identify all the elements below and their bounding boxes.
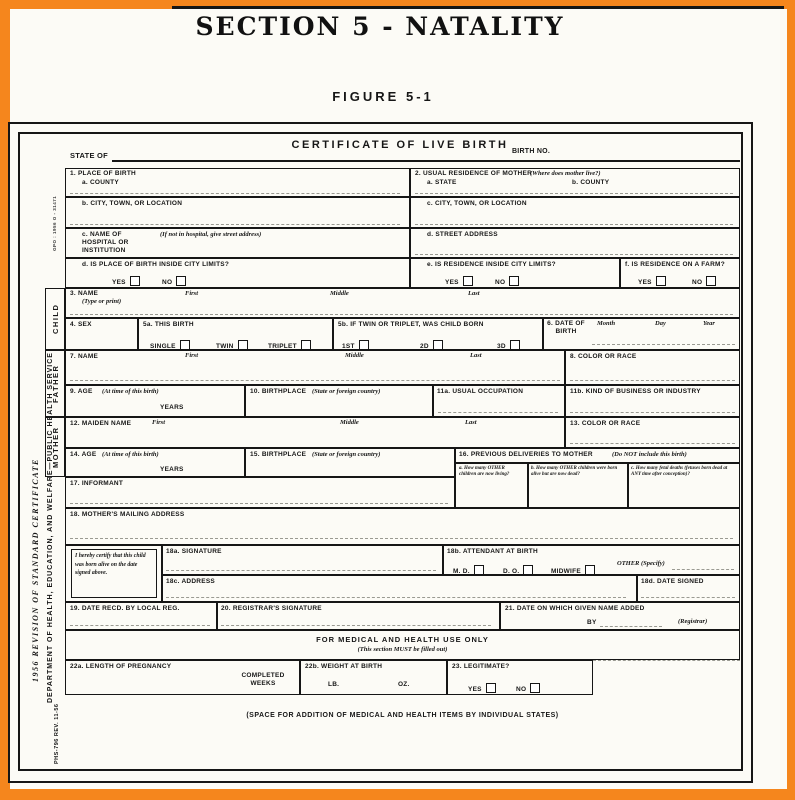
yes-label: YES xyxy=(445,279,459,286)
previous-deliveries-divider xyxy=(527,462,529,508)
yes-label: YES xyxy=(468,686,482,693)
field-8-label: 8. COLOR OR RACE xyxy=(570,353,636,361)
birth-city-no: NO xyxy=(162,271,186,289)
field-10-note: (State or foreign country) xyxy=(312,388,380,396)
md-checkbox xyxy=(474,565,484,575)
field-1c-note: (If not in hospital, give street address… xyxy=(160,231,261,239)
other-fill-line xyxy=(672,569,734,570)
first-column-head: First xyxy=(185,352,198,360)
first-born-checkbox xyxy=(359,340,369,350)
field-18c-label: 18c. ADDRESS xyxy=(166,578,215,586)
field-17-label: 17. INFORMANT xyxy=(70,480,123,488)
field-2d-label: d. STREET ADDRESS xyxy=(427,231,498,239)
field-15-label: 15. BIRTHPLACE xyxy=(250,451,306,459)
field-9-label: 9. AGE xyxy=(70,388,93,396)
legitimate-no-checkbox xyxy=(530,683,540,693)
fill-line xyxy=(438,412,558,413)
field-9-note: (At time of this birth) xyxy=(102,388,159,396)
field-2a-label: a. STATE xyxy=(427,179,457,187)
field-1a-label: a. COUNTY xyxy=(82,179,119,187)
triplet-label: TRIPLET xyxy=(268,343,297,350)
second-born-label: 2D xyxy=(420,343,429,350)
fill-line xyxy=(70,538,733,539)
field-21-label: 21. DATE ON WHICH GIVEN NAME ADDED xyxy=(505,605,645,613)
legitimate-no: NO xyxy=(516,678,540,696)
field-1-label: 1. PLACE OF BIRTH xyxy=(70,170,136,178)
last-column-head: Last xyxy=(465,419,477,427)
field-14-label: 14. AGE xyxy=(70,451,96,459)
birth-no-label: BIRTH NO. xyxy=(512,148,550,157)
state-of-label: STATE OF xyxy=(70,151,108,160)
field-1c-label: c. NAME OF HOSPITAL OR INSTITUTION xyxy=(82,231,142,255)
twin-label: TWIN xyxy=(216,343,234,350)
residence-city-no: NO xyxy=(495,271,519,289)
residence-city-yes: YES xyxy=(445,271,473,289)
gpo-margin-note: GPO : 1956 O - 31471 xyxy=(52,190,57,256)
field-3-label: 3. NAME xyxy=(70,290,98,298)
field-4-label: 4. SEX xyxy=(70,321,92,329)
do-checkbox xyxy=(523,565,533,575)
last-column-head: Last xyxy=(470,352,482,360)
do-label: D. O. xyxy=(503,568,519,575)
field-19-label: 19. DATE RECD. BY LOCAL REG. xyxy=(70,605,180,613)
field-2-label: 2. USUAL RESIDENCE OF MOTHER xyxy=(415,170,532,178)
field-6-label: 6. DATE OF BIRTH xyxy=(547,320,585,336)
field-16-note: (Do NOT include this birth) xyxy=(612,451,687,459)
state-of-rule xyxy=(112,160,740,162)
single-checkbox xyxy=(180,340,190,350)
field-16c-label: c. How many fetal deaths (fetuses born d… xyxy=(631,466,735,478)
third-born-checkbox xyxy=(510,340,520,350)
farm-yes-checkbox xyxy=(656,276,666,286)
birth-city-yes-checkbox xyxy=(130,276,140,286)
field-16a-label: a. How many OTHER children are now livin… xyxy=(459,466,523,478)
medical-banner-note: (This section MUST be filled out) xyxy=(65,646,740,653)
fill-line xyxy=(415,254,733,255)
twin-checkbox xyxy=(238,340,248,350)
fill-line xyxy=(70,503,448,504)
no-label: NO xyxy=(162,279,172,286)
medical-banner-title: FOR MEDICAL AND HEALTH USE ONLY xyxy=(65,635,740,644)
field-18d-label: 18d. DATE SIGNED xyxy=(641,578,704,586)
field-12-label: 12. MAIDEN NAME xyxy=(70,420,131,428)
field-1d-label: d. IS PLACE OF BIRTH INSIDE CITY LIMITS? xyxy=(82,261,229,269)
fill-line xyxy=(593,660,740,661)
fill-line xyxy=(70,193,400,194)
single-label: SINGLE xyxy=(150,343,176,350)
farm-yes: YES xyxy=(638,271,666,289)
field-22a-label: 22a. LENGTH OF PREGNANCY xyxy=(70,663,171,671)
legitimate-yes-checkbox xyxy=(486,683,496,693)
scan-artifact-line xyxy=(172,6,784,9)
field-1b-label: b. CITY, TOWN, OR LOCATION xyxy=(82,200,182,208)
birth-city-yes: YES xyxy=(112,271,140,289)
figure-label: FIGURE 5-1 xyxy=(318,89,448,104)
field-15-note: (State or foreign country) xyxy=(312,451,380,459)
first-column-head: First xyxy=(185,290,198,298)
midwife-checkbox xyxy=(585,565,595,575)
farm-no-checkbox xyxy=(706,276,716,286)
field-16b-label: b. How many OTHER children were born ali… xyxy=(531,466,623,478)
fill-line xyxy=(70,224,400,225)
farm-no: NO xyxy=(692,271,716,289)
yes-label: YES xyxy=(112,279,126,286)
no-label: NO xyxy=(495,279,505,286)
fill-line xyxy=(641,597,735,598)
fill-line xyxy=(415,193,733,194)
field-13-label: 13. COLOR OR RACE xyxy=(570,420,640,428)
field-7-label: 7. NAME xyxy=(70,353,98,361)
previous-deliveries-divider xyxy=(455,462,740,464)
field-2-note: (Where does mother live?) xyxy=(530,170,601,178)
field-23-label: 23. LEGITIMATE? xyxy=(452,663,509,671)
fill-line xyxy=(221,625,491,626)
field-11a-label: 11a. USUAL OCCUPATION xyxy=(437,388,523,396)
signature-fill-line xyxy=(166,570,436,571)
oz-label: OZ. xyxy=(398,681,410,689)
maiden-name-cell xyxy=(65,417,565,448)
fill-line xyxy=(570,412,735,413)
by-label: BY xyxy=(587,619,597,627)
legitimate-yes: YES xyxy=(468,678,496,696)
by-fill-line xyxy=(600,626,662,627)
fill-line xyxy=(592,344,735,345)
day-column-head: Day xyxy=(655,320,666,328)
midwife-label: MIDWIFE xyxy=(551,568,581,575)
first-born-label: 1ST xyxy=(342,343,355,350)
year-column-head: Year xyxy=(703,320,715,328)
field-3-note: (Type or print) xyxy=(82,298,122,306)
field-20-label: 20. REGISTRAR'S SIGNATURE xyxy=(221,605,322,613)
phs-form-number: PHS-796 REV. 11-56 xyxy=(54,698,60,770)
revision-margin-note: 1956 REVISION OF STANDARD CERTIFICATE xyxy=(31,445,40,695)
third-born-label: 3D xyxy=(497,343,506,350)
certify-statement: I hereby certify that this child was bor… xyxy=(75,552,153,578)
scanned-page: SECTION 5 - NATALITY FIGURE 5-1 GPO : 19… xyxy=(0,0,795,800)
section-title: SECTION 5 - NATALITY xyxy=(180,12,580,41)
field-18-label: 18. MOTHER'S MAILING ADDRESS xyxy=(70,511,184,519)
field-10-label: 10. BIRTHPLACE xyxy=(250,388,306,396)
fill-line xyxy=(415,224,733,225)
middle-column-head: Middle xyxy=(345,352,364,360)
field-16-label: 16. PREVIOUS DELIVERIES TO MOTHER xyxy=(459,451,593,459)
other-specify-label: OTHER (Specify) xyxy=(617,560,665,568)
state-items-note: (SPACE FOR ADDITION OF MEDICAL AND HEALT… xyxy=(65,712,740,719)
middle-column-head: Middle xyxy=(340,419,359,427)
triplet-checkbox xyxy=(301,340,311,350)
child-section-label: CHILD xyxy=(51,288,60,350)
first-column-head: First xyxy=(152,419,165,427)
fill-line xyxy=(70,380,560,381)
previous-deliveries-divider xyxy=(627,462,629,508)
field-2b-label: b. COUNTY xyxy=(572,179,609,187)
month-column-head: Month xyxy=(597,320,615,328)
yes-label: YES xyxy=(638,279,652,286)
second-born-checkbox xyxy=(433,340,443,350)
field-14-note: (At time of this birth) xyxy=(102,451,159,459)
field-5a-label: 5a. THIS BIRTH xyxy=(143,321,194,329)
fill-line xyxy=(570,443,735,444)
md-label: M. D. xyxy=(453,568,470,575)
no-label: NO xyxy=(692,279,702,286)
mother-years-label: YEARS xyxy=(160,466,184,474)
father-section-label: FATHER xyxy=(51,350,60,417)
completed-weeks-label: COMPLETED WEEKS xyxy=(233,672,293,688)
field-18a-label: 18a. SIGNATURE xyxy=(166,548,222,556)
no-label: NO xyxy=(516,686,526,693)
birth-city-no-checkbox xyxy=(176,276,186,286)
middle-column-head: Middle xyxy=(330,290,349,298)
field-18b-label: 18b. ATTENDANT AT BIRTH xyxy=(447,548,538,556)
last-column-head: Last xyxy=(468,290,480,298)
fill-line xyxy=(570,380,735,381)
residence-city-no-checkbox xyxy=(509,276,519,286)
field-22b-label: 22b. WEIGHT AT BIRTH xyxy=(305,663,382,671)
field-2c-label: c. CITY, TOWN, OR LOCATION xyxy=(427,200,527,208)
fill-line xyxy=(70,314,733,315)
field-5b-label: 5b. IF TWIN OR TRIPLET, WAS CHILD BORN xyxy=(338,321,484,329)
field-11b-label: 11b. KIND OF BUSINESS OR INDUSTRY xyxy=(570,388,701,396)
fill-line xyxy=(70,625,210,626)
registrar-note: (Registrar) xyxy=(678,618,707,626)
field-2f-label: f. IS RESIDENCE ON A FARM? xyxy=(625,261,725,269)
father-years-label: YEARS xyxy=(160,404,184,412)
lb-label: LB. xyxy=(328,681,339,689)
fill-line xyxy=(166,597,626,598)
mother-section-label: MOTHER xyxy=(51,417,60,477)
field-2e-label: e. IS RESIDENCE INSIDE CITY LIMITS? xyxy=(427,261,556,269)
residence-city-yes-checkbox xyxy=(463,276,473,286)
